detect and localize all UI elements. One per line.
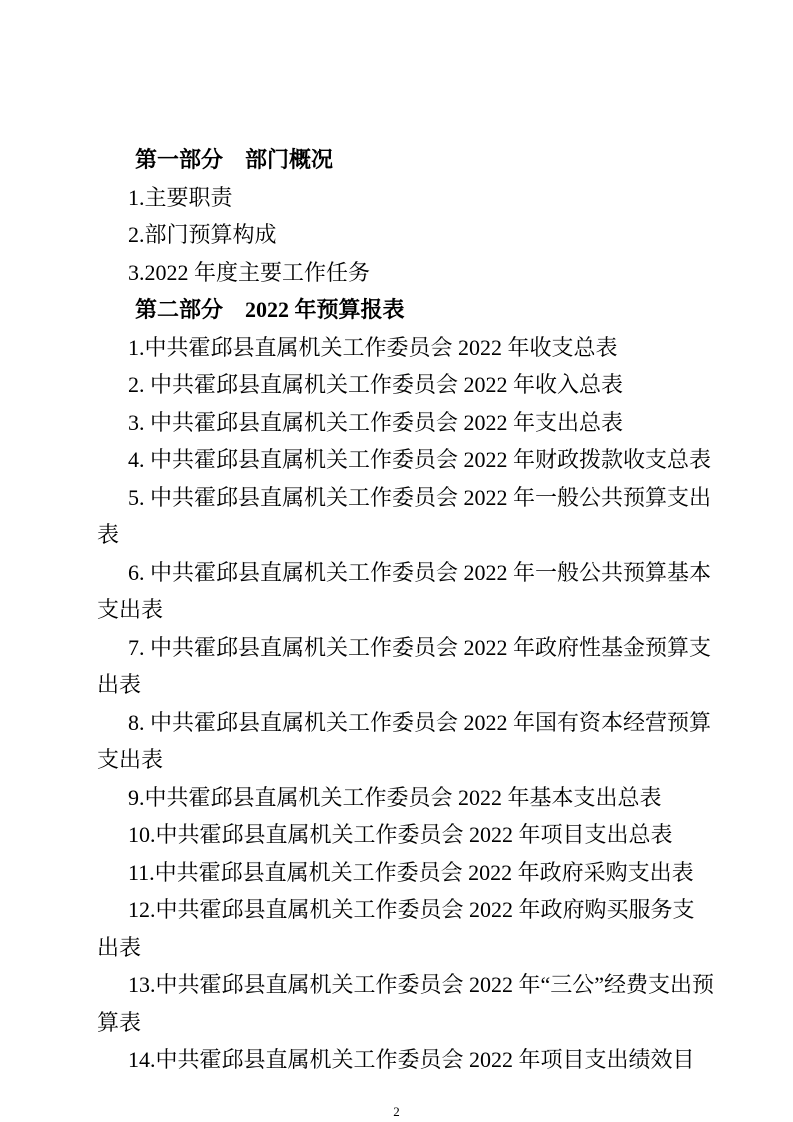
toc-line: 9.中共霍邱县直属机关工作委员会 2022 年基本支出总表 bbox=[97, 779, 737, 817]
toc-line: 10.中共霍邱县直属机关工作委员会 2022 年项目支出总表 bbox=[97, 816, 737, 854]
toc-line-continuation: 出表 bbox=[97, 929, 737, 967]
page-number: 2 bbox=[0, 1104, 793, 1119]
toc-line: 11.中共霍邱县直属机关工作委员会 2022 年政府采购支出表 bbox=[97, 854, 737, 892]
toc-line: 1.中共霍邱县直属机关工作委员会 2022 年收支总表 bbox=[97, 329, 737, 367]
toc-line-continuation: 支出表 bbox=[97, 591, 737, 629]
section-heading: 第一部分 部门概况 bbox=[97, 141, 737, 179]
section-heading: 第二部分 2022 年预算报表 bbox=[97, 291, 737, 329]
toc-line-continuation: 出表 bbox=[97, 666, 737, 704]
document-page: 第一部分 部门概况1.主要职责2.部门预算构成3.2022 年度主要工作任务第二… bbox=[0, 0, 793, 1122]
toc-line-continuation: 算表 bbox=[97, 1004, 737, 1042]
toc-line: 5. 中共霍邱县直属机关工作委员会 2022 年一般公共预算支出 bbox=[97, 479, 737, 517]
toc-line: 1.主要职责 bbox=[97, 179, 737, 217]
toc-line: 13.中共霍邱县直属机关工作委员会 2022 年“三公”经费支出预 bbox=[97, 966, 737, 1004]
toc-line: 12.中共霍邱县直属机关工作委员会 2022 年政府购买服务支 bbox=[97, 891, 737, 929]
toc-line: 6. 中共霍邱县直属机关工作委员会 2022 年一般公共预算基本 bbox=[97, 554, 737, 592]
toc-line: 3. 中共霍邱县直属机关工作委员会 2022 年支出总表 bbox=[97, 404, 737, 442]
toc-line: 7. 中共霍邱县直属机关工作委员会 2022 年政府性基金预算支 bbox=[97, 629, 737, 667]
toc-line: 2.部门预算构成 bbox=[97, 216, 737, 254]
toc-line: 3.2022 年度主要工作任务 bbox=[97, 254, 737, 292]
toc-line: 14.中共霍邱县直属机关工作委员会 2022 年项目支出绩效目 bbox=[97, 1041, 737, 1079]
toc-line-continuation: 表 bbox=[97, 516, 737, 554]
document-content: 第一部分 部门概况1.主要职责2.部门预算构成3.2022 年度主要工作任务第二… bbox=[97, 141, 737, 1079]
toc-line-continuation: 支出表 bbox=[97, 741, 737, 779]
toc-line: 2. 中共霍邱县直属机关工作委员会 2022 年收入总表 bbox=[97, 366, 737, 404]
toc-line: 4. 中共霍邱县直属机关工作委员会 2022 年财政拨款收支总表 bbox=[97, 441, 737, 479]
toc-line: 8. 中共霍邱县直属机关工作委员会 2022 年国有资本经营预算 bbox=[97, 704, 737, 742]
